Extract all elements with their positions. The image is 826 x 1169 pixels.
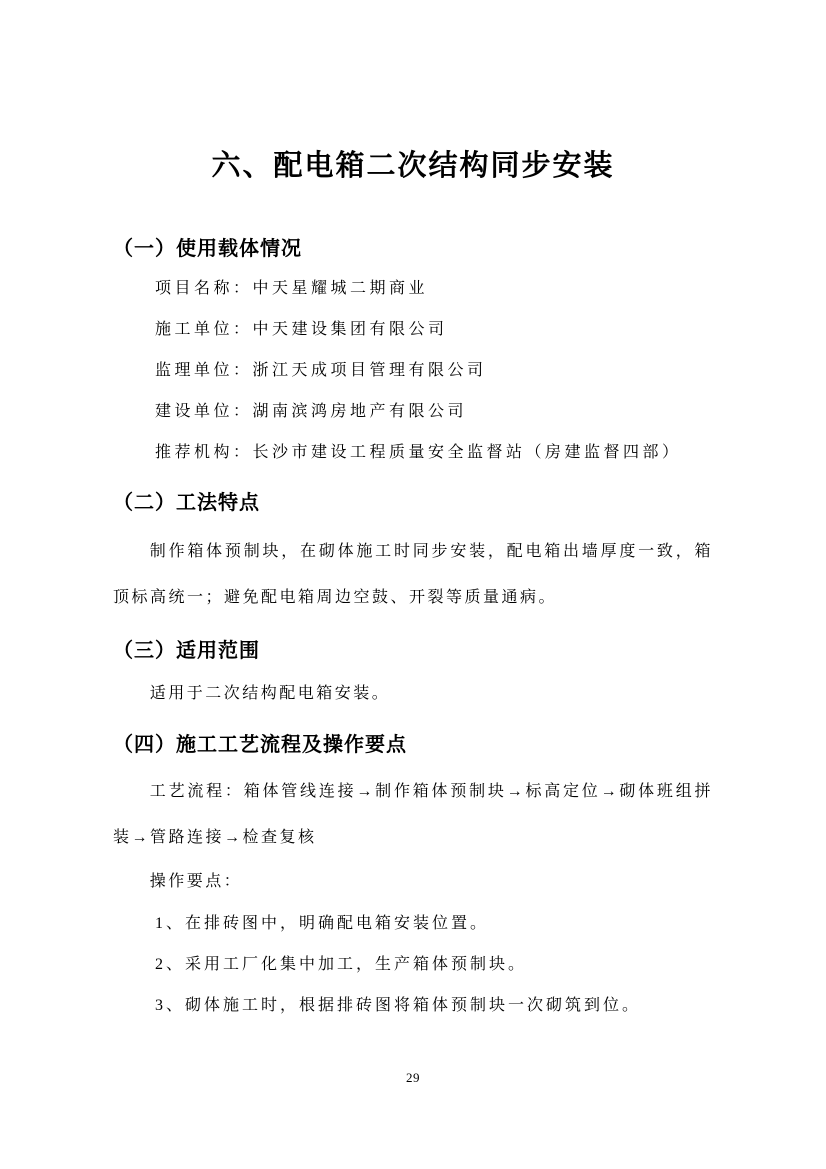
operation-point-3: 3、砌体施工时，根据排砖图将箱体预制块一次砌筑到位。 xyxy=(113,985,713,1026)
document-page: 六、配电箱二次结构同步安装 （一）使用载体情况 项目名称：中天星耀城二期商业 施… xyxy=(0,0,826,1169)
info-line-development-unit: 建设单位：湖南滨鸿房地产有限公司 xyxy=(113,404,713,420)
document-title: 六、配电箱二次结构同步安装 xyxy=(113,0,713,185)
section-heading-application-scope: （三）适用范围 xyxy=(113,637,713,665)
method-features-paragraph: 制作箱体预制块，在砌体施工时同步安装，配电箱出墙厚度一致，箱顶标高统一；避免配电… xyxy=(113,529,713,621)
info-line-construction-unit: 施工单位：中天建设集团有限公司 xyxy=(113,322,713,338)
section-heading-process-and-points: （四）施工工艺流程及操作要点 xyxy=(113,731,713,759)
carrier-info-list: 项目名称：中天星耀城二期商业 施工单位：中天建设集团有限公司 监理单位：浙江天成… xyxy=(113,281,713,461)
section-heading-method-features: （二）工法特点 xyxy=(113,489,713,517)
page-number: 29 xyxy=(0,1070,826,1086)
operation-points-label: 操作要点： xyxy=(113,861,713,903)
application-scope-paragraph: 适用于二次结构配电箱安装。 xyxy=(113,671,713,717)
info-line-supervision-unit: 监理单位：浙江天成项目管理有限公司 xyxy=(113,363,713,379)
document-content: 六、配电箱二次结构同步安装 （一）使用载体情况 项目名称：中天星耀城二期商业 施… xyxy=(0,0,826,1026)
info-line-recommending-agency: 推荐机构：长沙市建设工程质量安全监督站（房建监督四部） xyxy=(113,445,713,461)
section-heading-carrier-info: （一）使用载体情况 xyxy=(113,235,713,263)
operation-point-1: 1、在排砖图中，明确配电箱安装位置。 xyxy=(113,903,713,944)
operation-point-2: 2、采用工厂化集中加工，生产箱体预制块。 xyxy=(113,944,713,985)
operation-points-list: 1、在排砖图中，明确配电箱安装位置。 2、采用工厂化集中加工，生产箱体预制块。 … xyxy=(113,903,713,1026)
info-line-project-name: 项目名称：中天星耀城二期商业 xyxy=(113,281,713,297)
process-flow-paragraph: 工艺流程：箱体管线连接→制作箱体预制块→标高定位→砌体班组拼装→管路连接→检查复… xyxy=(113,769,713,861)
